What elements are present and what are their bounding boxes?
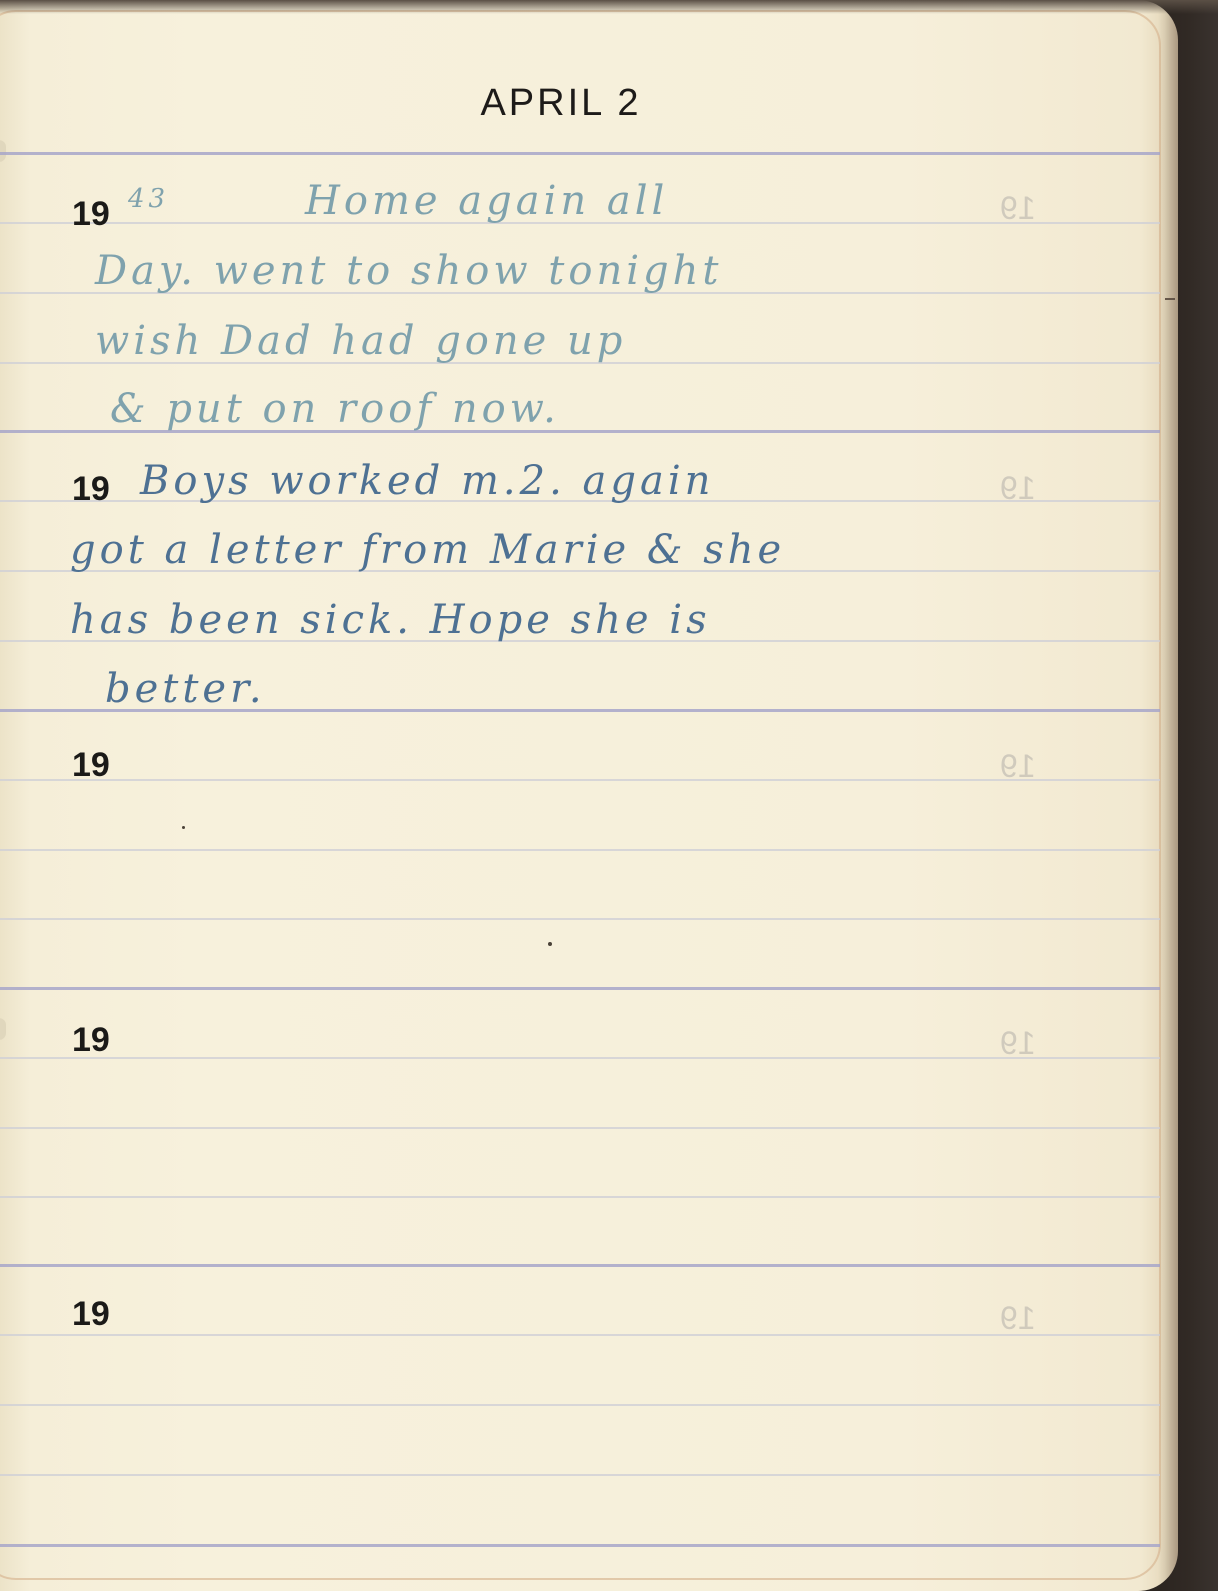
show-through-year: 19 xyxy=(1000,1025,1036,1062)
page-edge-border xyxy=(0,10,1161,1580)
rule-line xyxy=(0,1334,1160,1336)
year-label: 19 xyxy=(72,1021,110,1060)
show-through-year: 19 xyxy=(1000,748,1036,785)
rule-line xyxy=(0,1404,1160,1406)
rule-line xyxy=(0,1196,1160,1198)
year-label: 19 xyxy=(72,746,110,785)
year-label: 19 xyxy=(72,470,110,509)
year-label: 19 xyxy=(72,195,110,234)
paper-speck xyxy=(548,942,552,946)
entry-line: has been sick. Hope she is xyxy=(70,597,711,643)
section-divider xyxy=(0,987,1160,990)
paper-speck xyxy=(182,826,185,829)
rule-line xyxy=(0,918,1160,920)
page-title: APRIL 2 xyxy=(0,82,1130,125)
section-divider xyxy=(0,1544,1160,1547)
entry-line: got a letter from Marie & she xyxy=(70,527,785,573)
entry-line: Day. went to show tonight xyxy=(95,248,722,294)
rule-line xyxy=(0,779,1160,781)
entry-line: wish Dad had gone up xyxy=(95,318,626,364)
entry-line: Home again all xyxy=(305,178,668,224)
section-divider xyxy=(0,1264,1160,1267)
rule-line xyxy=(0,1127,1160,1129)
section-divider xyxy=(0,152,1160,155)
show-through-year: 19 xyxy=(1000,190,1036,227)
rule-line xyxy=(0,1474,1160,1476)
rule-line xyxy=(0,1057,1160,1059)
entry-line: better. xyxy=(105,666,266,712)
rule-line xyxy=(0,849,1160,851)
entry-line: Boys worked m.2. again xyxy=(140,458,714,504)
book-top-shadow xyxy=(0,0,1218,14)
show-through-year: 19 xyxy=(1000,1300,1036,1337)
year-label: 19 xyxy=(72,1295,110,1334)
show-through-year: 19 xyxy=(1000,470,1036,507)
entry-line: & put on roof now. xyxy=(110,386,560,432)
book-edge-shadow xyxy=(1158,0,1218,1591)
year-suffix-handwritten: 43 xyxy=(128,184,169,214)
diary-page: APRIL 2 19 19 19 19 19 19 43 Home again … xyxy=(0,0,1178,1591)
